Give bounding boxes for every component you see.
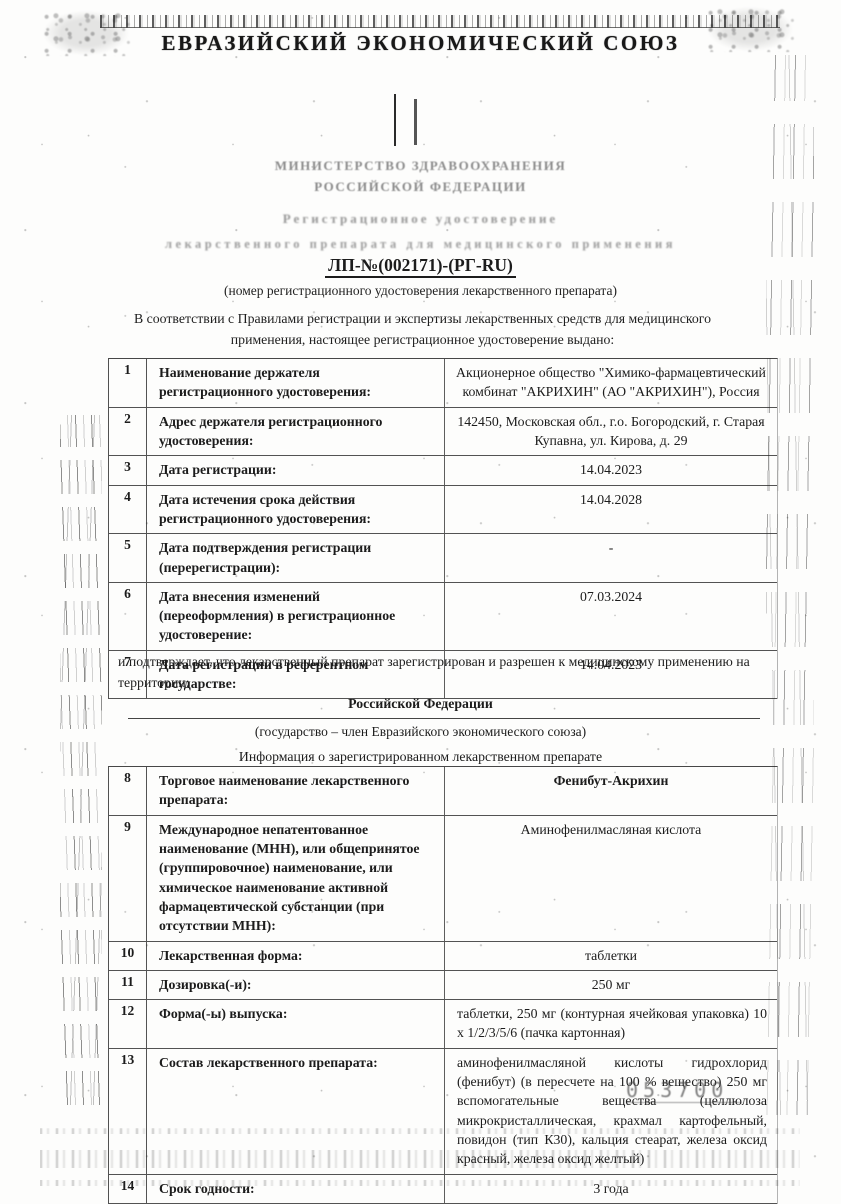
table-row: 9 Международное непатентованное наименов… [109, 816, 777, 942]
row-number: 11 [109, 971, 147, 999]
row-number: 9 [109, 816, 147, 941]
row-number: 8 [109, 767, 147, 815]
table-row: 2 Адрес держателя регистрационного удост… [109, 408, 777, 457]
confirmation-paragraph: и подтверждает, что лекарственный препар… [118, 651, 776, 694]
ministry-line2: РОССИЙСКОЙ ФЕДЕРАЦИИ [0, 176, 841, 197]
row-value: - [444, 534, 777, 582]
row-value: Аминофенилмасляная кислота [444, 816, 777, 941]
row-value: 250 мг [444, 971, 777, 999]
table-row: 4 Дата истечения срока действия регистра… [109, 486, 777, 535]
territory-name: Российской Федерации [0, 696, 841, 712]
row-value: 3 года [444, 1175, 777, 1203]
row-number: 4 [109, 486, 147, 534]
row-label: Дата истечения срока действия регистраци… [147, 486, 444, 534]
drug-information-table: 8 Торговое наименование лекарственного п… [108, 766, 778, 1204]
certificate-type-line1: Регистрационное удостоверение [0, 211, 841, 227]
row-label: Торговое наименование лекарственного пре… [147, 767, 444, 815]
row-value: аминофенилмасляной кислоты гидрохлорид (… [444, 1049, 777, 1174]
row-number: 5 [109, 534, 147, 582]
faded-emblem-icon [394, 94, 420, 148]
registration-number: ЛП-№(002171)-(РГ-RU) [0, 255, 841, 276]
intro-paragraph: В соответствии с Правилами регистрации и… [95, 308, 750, 351]
row-value: Акционерное общество "Химико-фармацевтич… [444, 359, 777, 407]
table-row: 11 Дозировка(-и): 250 мг [109, 971, 777, 1000]
row-number: 13 [109, 1049, 147, 1174]
row-value: 142450, Московская обл., г.о. Богородски… [444, 408, 777, 456]
row-value: 14.04.2023 [444, 456, 777, 484]
perforation-stamp-number: 053700 [626, 1078, 742, 1103]
ministry-name: МИНИСТЕРСТВО ЗДРАВООХРАНЕНИЯ РОССИЙСКОЙ … [0, 155, 841, 197]
row-value: таблетки, 250 мг (контурная ячейковая уп… [444, 1000, 777, 1048]
row-number: 12 [109, 1000, 147, 1048]
territory-underline [128, 718, 760, 719]
table-row: 6 Дата внесения изменений (переоформлени… [109, 583, 777, 651]
row-label: Дата внесения изменений (переоформления)… [147, 583, 444, 650]
row-value: таблетки [444, 942, 777, 970]
row-label: Дозировка(-и): [147, 971, 444, 999]
ministry-line1: МИНИСТЕРСТВО ЗДРАВООХРАНЕНИЯ [0, 155, 841, 176]
row-label: Дата регистрации: [147, 456, 444, 484]
table-row: 10 Лекарственная форма: таблетки [109, 942, 777, 971]
row-number: 14 [109, 1175, 147, 1203]
row-label: Адрес держателя регистрационного удостов… [147, 408, 444, 456]
row-label: Форма(-ы) выпуска: [147, 1000, 444, 1048]
table-row: 1 Наименование держателя регистрационног… [109, 359, 777, 408]
row-number: 1 [109, 359, 147, 407]
table-row: 8 Торговое наименование лекарственного п… [109, 767, 777, 816]
row-number: 2 [109, 408, 147, 456]
row-label: Лекарственная форма: [147, 942, 444, 970]
top-guilloche-band [100, 15, 780, 28]
row-number: 10 [109, 942, 147, 970]
row-label: Дата подтверждения регистрации (перереги… [147, 534, 444, 582]
row-label: Срок годности: [147, 1175, 444, 1203]
row-number: 6 [109, 583, 147, 650]
union-title: ЕВРАЗИЙСКИЙ ЭКОНОМИЧЕСКИЙ СОЮЗ [0, 31, 841, 56]
scanned-certificate-page: ЕВРАЗИЙСКИЙ ЭКОНОМИЧЕСКИЙ СОЮЗ МИНИСТЕРС… [0, 0, 841, 1204]
drug-info-heading: Информация о зарегистрированном лекарств… [0, 749, 841, 765]
table-row: 13 Состав лекарственного препарата: амин… [109, 1049, 777, 1175]
table-row: 12 Форма(-ы) выпуска: таблетки, 250 мг (… [109, 1000, 777, 1049]
row-label: Состав лекарственного препарата: [147, 1049, 444, 1174]
registration-number-caption: (номер регистрационного удостоверения ле… [0, 283, 841, 299]
table-row: 3 Дата регистрации: 14.04.2023 [109, 456, 777, 485]
row-value: Фенибут-Акрихин [444, 767, 777, 815]
territory-caption: (государство – член Евразийского экономи… [0, 724, 841, 740]
table-row: 14 Срок годности: 3 года [109, 1175, 777, 1204]
row-value: 07.03.2024 [444, 583, 777, 650]
row-label: Наименование держателя регистрационного … [147, 359, 444, 407]
row-number: 3 [109, 456, 147, 484]
registration-details-table: 1 Наименование держателя регистрационног… [108, 358, 778, 699]
certificate-type-line2: лекарственного препарата для медицинског… [0, 237, 841, 252]
row-label: Международное непатентованное наименован… [147, 816, 444, 941]
row-value: 14.04.2028 [444, 486, 777, 534]
table-row: 5 Дата подтверждения регистрации (перере… [109, 534, 777, 583]
